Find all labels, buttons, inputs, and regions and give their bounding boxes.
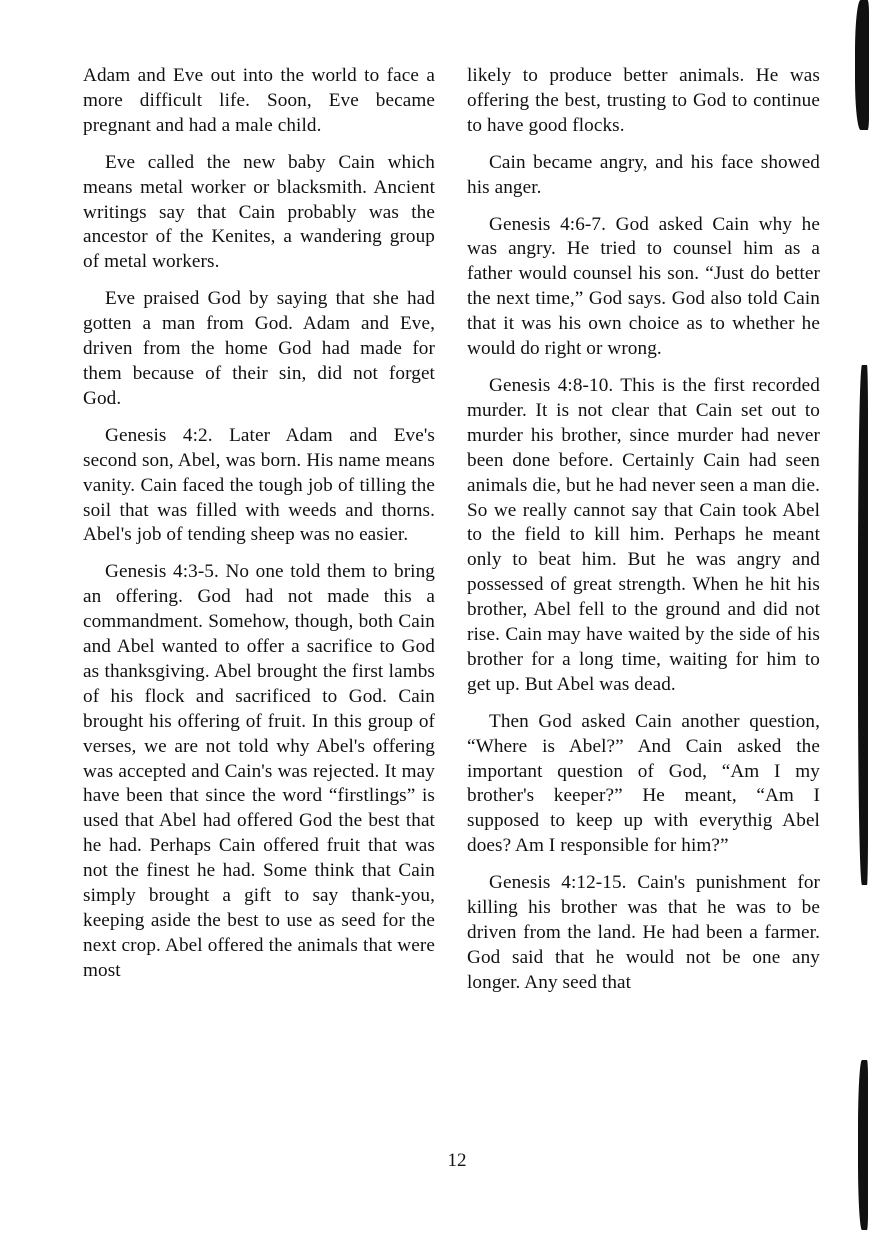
paragraph: Adam and Eve out into the world to face … <box>83 64 435 139</box>
left-column: Adam and Eve out into the world to face … <box>83 64 435 996</box>
paragraph: Genesis 4:2. Later Adam and Eve's second… <box>83 424 435 549</box>
paragraph: Eve praised God by saying that she had g… <box>83 287 435 412</box>
scan-shadow-mark <box>855 0 869 130</box>
scan-shadow-mark <box>858 365 868 885</box>
paragraph: Genesis 4:12-15. Cain's punishment for k… <box>467 871 820 996</box>
document-page: Adam and Eve out into the world to face … <box>0 0 872 1239</box>
scan-edge-shadow <box>844 0 872 1239</box>
paragraph: likely to produce better animals. He was… <box>467 64 820 139</box>
paragraph: Genesis 4:8-10. This is the first record… <box>467 374 820 698</box>
paragraph: Eve called the new baby Cain which means… <box>83 151 435 276</box>
paragraph: Cain became angry, and his face showed h… <box>467 151 820 201</box>
paragraph: Then God asked Cain another question, “W… <box>467 710 820 859</box>
scan-shadow-mark <box>858 1060 868 1230</box>
paragraph: Genesis 4:6-7. God asked Cain why he was… <box>467 213 820 362</box>
page-number: 12 <box>0 1150 872 1172</box>
paragraph: Genesis 4:3-5. No one told them to bring… <box>83 560 435 983</box>
right-column: likely to produce better animals. He was… <box>467 64 820 1008</box>
